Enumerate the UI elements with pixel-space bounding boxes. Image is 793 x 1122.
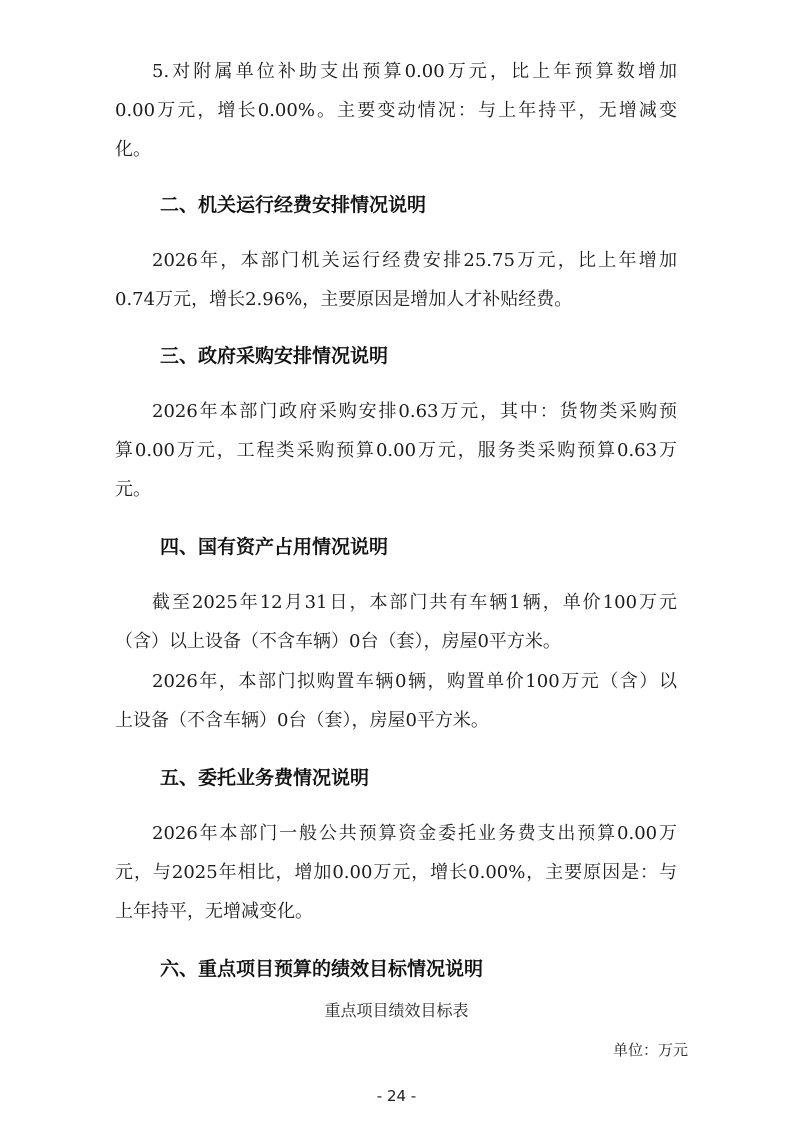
document-page: 5.对附属单位补助支出预算0.00万元，比上年预算数增加 0.00万元，增长0.… [0, 0, 793, 1122]
unit-label: 单位：万元 [613, 1040, 688, 1060]
paragraph-line: 2026年，本部门机关运行经费安排25.75万元，比上年增加 [152, 249, 677, 273]
section-heading-6: 六、重点项目预算的绩效目标情况说明 [160, 957, 483, 981]
paragraph-line: 元，与2025年相比，增加0.00万元，增长0.00%，主要原因是：与 [115, 861, 677, 885]
paragraph-line: 0.00万元，增长0.00%。主要变动情况：与上年持平，无增减变 [115, 99, 677, 123]
paragraph-line: 上设备（不含车辆）0台（套），房屋0平方米。 [115, 709, 677, 733]
paragraph-line: 5.对附属单位补助支出预算0.00万元，比上年预算数增加 [152, 60, 677, 84]
paragraph-line: 2026年，本部门拟购置车辆0辆，购置单价100万元（含）以 [152, 670, 677, 694]
section-heading-4: 四、国有资产占用情况说明 [160, 535, 388, 559]
paragraph-line: 上年持平，无增减变化。 [115, 900, 677, 924]
paragraph-line: 截至2025年12月31日，本部门共有车辆1辆，单价100万元 [152, 591, 677, 615]
paragraph-line: 算0.00万元，工程类采购预算0.00万元，服务类采购预算0.63万 [115, 439, 677, 463]
paragraph-line: 元。 [115, 478, 677, 502]
paragraph-line: （含）以上设备（不含车辆）0台（套），房屋0平方米。 [115, 630, 677, 654]
section-heading-3: 三、政府采购安排情况说明 [160, 344, 388, 368]
paragraph-line: 化。 [115, 138, 677, 162]
table-title: 重点项目绩效目标表 [0, 1000, 793, 1022]
page-number: - 24 - [0, 1086, 793, 1106]
paragraph-line: 0.74万元，增长2.96%，主要原因是增加人才补贴经费。 [115, 288, 677, 312]
section-heading-2: 二、机关运行经费安排情况说明 [160, 193, 426, 217]
paragraph-line: 2026年本部门一般公共预算资金委托业务费支出预算0.00万 [152, 822, 677, 846]
section-heading-5: 五、委托业务费情况说明 [160, 766, 369, 790]
paragraph-line: 2026年本部门政府采购安排0.63万元，其中：货物类采购预 [152, 400, 677, 424]
